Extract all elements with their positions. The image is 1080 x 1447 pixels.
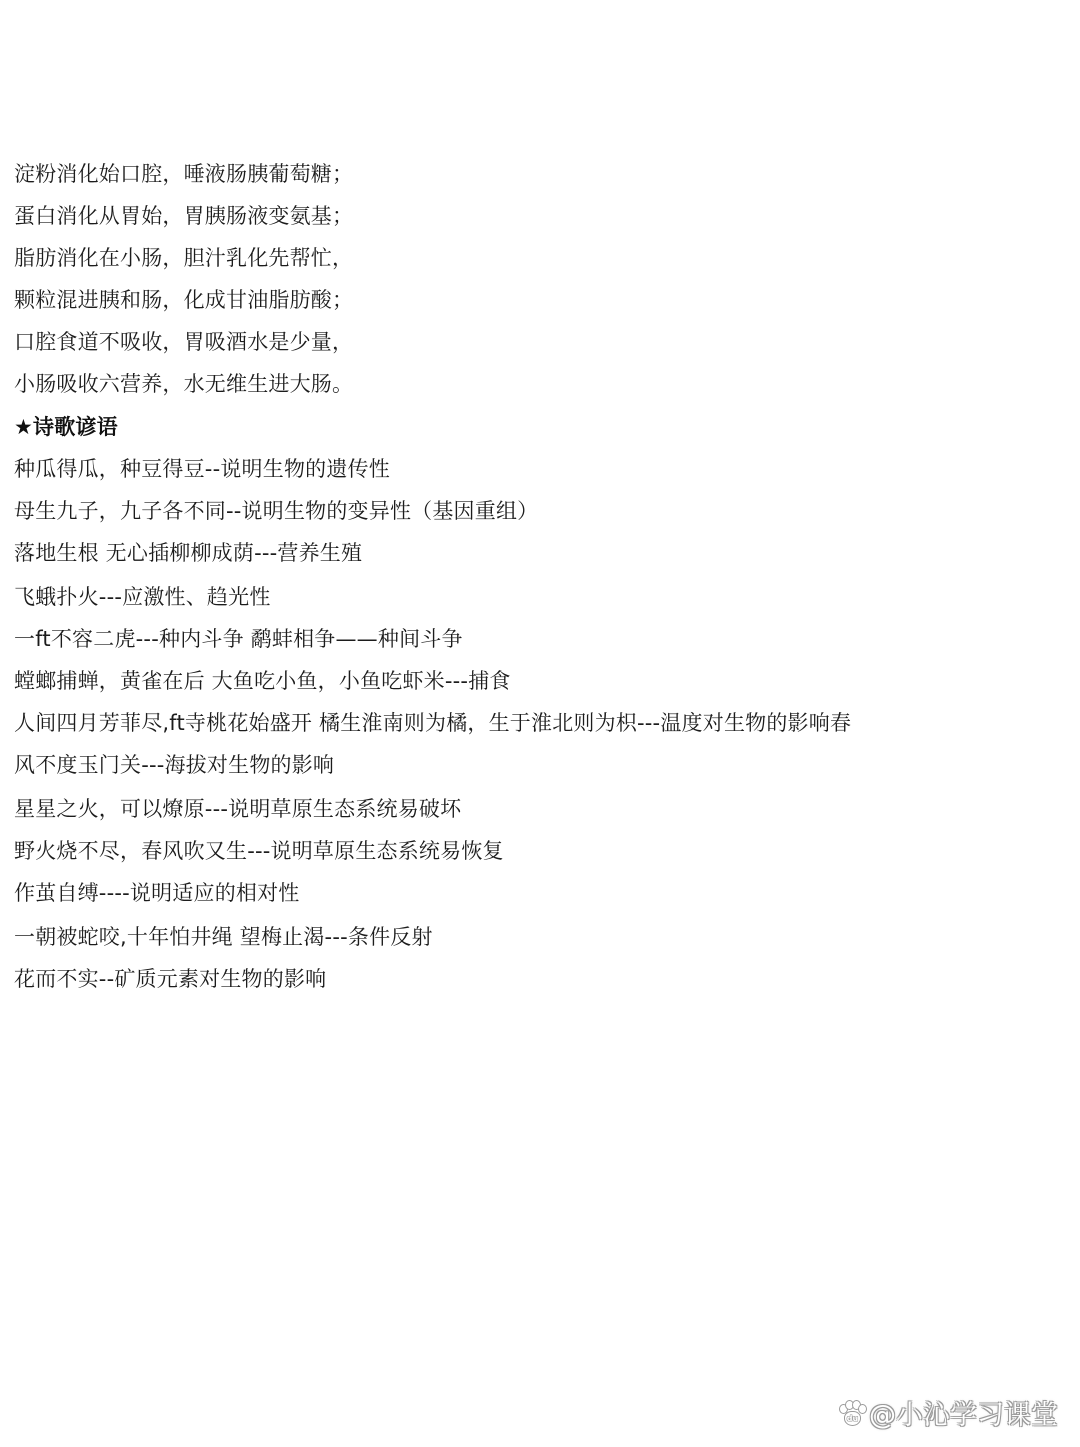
rhyme-line: 颗粒混进胰和肠，化成甘油脂肪酸； <box>14 286 353 314</box>
rhyme-line: 淀粉消化始口腔，唾液肠胰葡萄糖； <box>14 160 353 188</box>
proverb-line: 野火烧不尽，春风吹又生---说明草原生态系统易恢复 <box>14 837 504 865</box>
proverb-line: 母生九子，九子各不同--说明生物的变异性（基因重组） <box>14 497 538 525</box>
rhyme-line: 口腔食道不吸收，胃吸酒水是少量， <box>14 328 353 356</box>
proverb-line: 种瓜得瓜，种豆得豆--说明生物的遗传性 <box>14 455 390 483</box>
watermark: du @小沁学习课堂 <box>839 1393 1058 1432</box>
baidu-paw-icon: du <box>839 1400 865 1426</box>
proverb-line: 花而不实--矿质元素对生物的影响 <box>14 965 326 993</box>
proverb-line: 一朝被蛇咬,十年怕井绳 望梅止渴---条件反射 <box>14 923 433 951</box>
rhyme-line: 蛋白消化从胃始，胃胰肠液变氨基； <box>14 202 353 230</box>
proverb-line: 人间四月芳菲尽,ft寺桃花始盛开 橘生淮南则为橘，生于淮北则为枳---温度对生物… <box>14 709 851 737</box>
baidu-paw-label: du <box>844 1411 861 1426</box>
section-heading: ★诗歌谚语 <box>14 413 118 441</box>
rhyme-line: 小肠吸收六营养，水无维生进大肠。 <box>14 370 353 398</box>
watermark-text: @小沁学习课堂 <box>869 1393 1058 1432</box>
proverb-line: 作茧自缚----说明适应的相对性 <box>14 879 300 907</box>
proverb-line: 飞蛾扑火---应激性、趋光性 <box>14 583 271 611</box>
proverb-line: 一ft不容二虎---种内斗争 鹬蚌相争——种间斗争 <box>14 625 463 653</box>
proverb-line: 星星之火，可以燎原---说明草原生态系统易破坏 <box>14 795 461 823</box>
proverb-line: 落地生根 无心插柳柳成荫---营养生殖 <box>14 539 362 567</box>
proverb-line: 螳螂捕蝉，黄雀在后 大鱼吃小鱼，小鱼吃虾米---捕食 <box>14 667 511 695</box>
rhyme-line: 脂肪消化在小肠，胆汁乳化先帮忙， <box>14 244 353 272</box>
proverb-line: 风不度玉门关---海拔对生物的影响 <box>14 751 334 779</box>
